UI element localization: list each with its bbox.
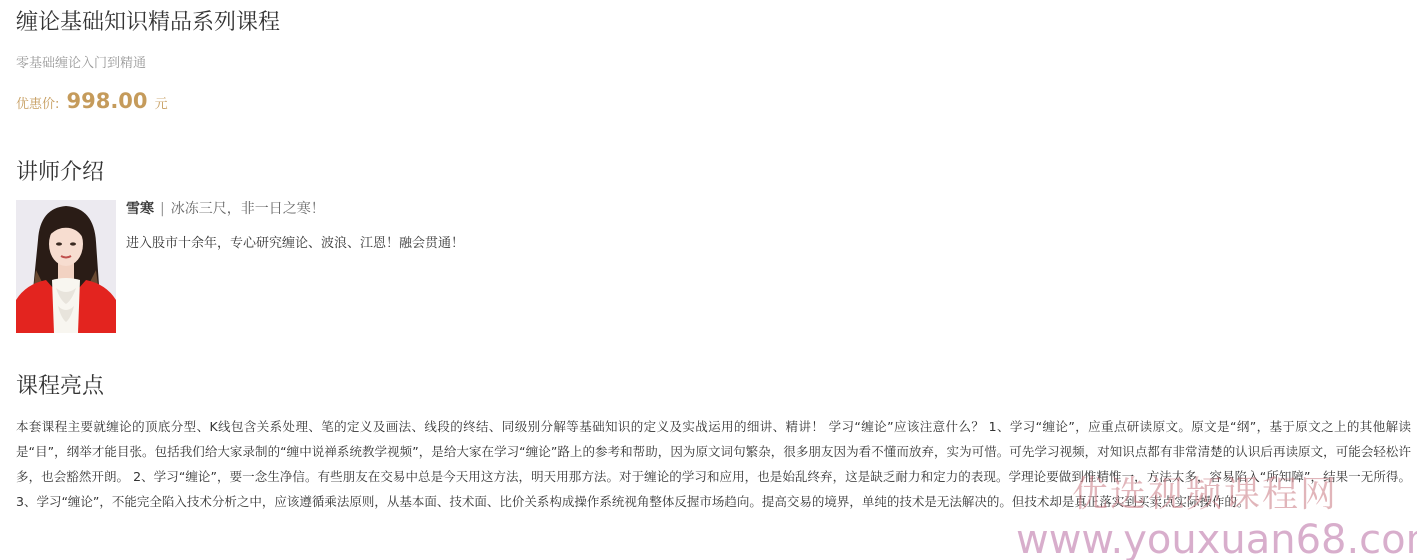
- price-label: 优惠价:: [16, 97, 59, 112]
- watermark-url: www.youxuan68.com: [1016, 518, 1417, 560]
- teacher-avatar: [16, 200, 116, 333]
- course-title: 缠论基础知识精品系列课程: [16, 8, 280, 38]
- price-row: 优惠价: 998.00 元: [16, 87, 168, 119]
- teacher-info: 雪寒|冰冻三尺，非一日之寒！ 进入股市十余年，专心研究缠论、波浪、江恩！融会贯通…: [126, 198, 464, 254]
- highlights-section-title: 课程亮点: [16, 372, 104, 402]
- teacher-section-title: 讲师介绍: [16, 158, 104, 188]
- teacher-name: 雪寒: [126, 201, 154, 217]
- teacher-name-row: 雪寒|冰冻三尺，非一日之寒！: [126, 198, 464, 220]
- teacher-separator: |: [160, 201, 165, 217]
- highlights-body: 本套课程主要就缠论的顶底分型、K线包含关系处理、笔的定义及画法、线段的终结、同级…: [16, 414, 1411, 514]
- teacher-description: 进入股市十余年，专心研究缠论、波浪、江恩！融会贯通！: [126, 234, 464, 254]
- price-value: 998.00: [66, 89, 147, 113]
- teacher-portrait-icon: [16, 200, 116, 333]
- course-subtitle: 零基础缠论入门到精通: [16, 55, 146, 73]
- teacher-motto: 冰冻三尺，非一日之寒！: [171, 201, 325, 217]
- price-unit: 元: [155, 97, 168, 112]
